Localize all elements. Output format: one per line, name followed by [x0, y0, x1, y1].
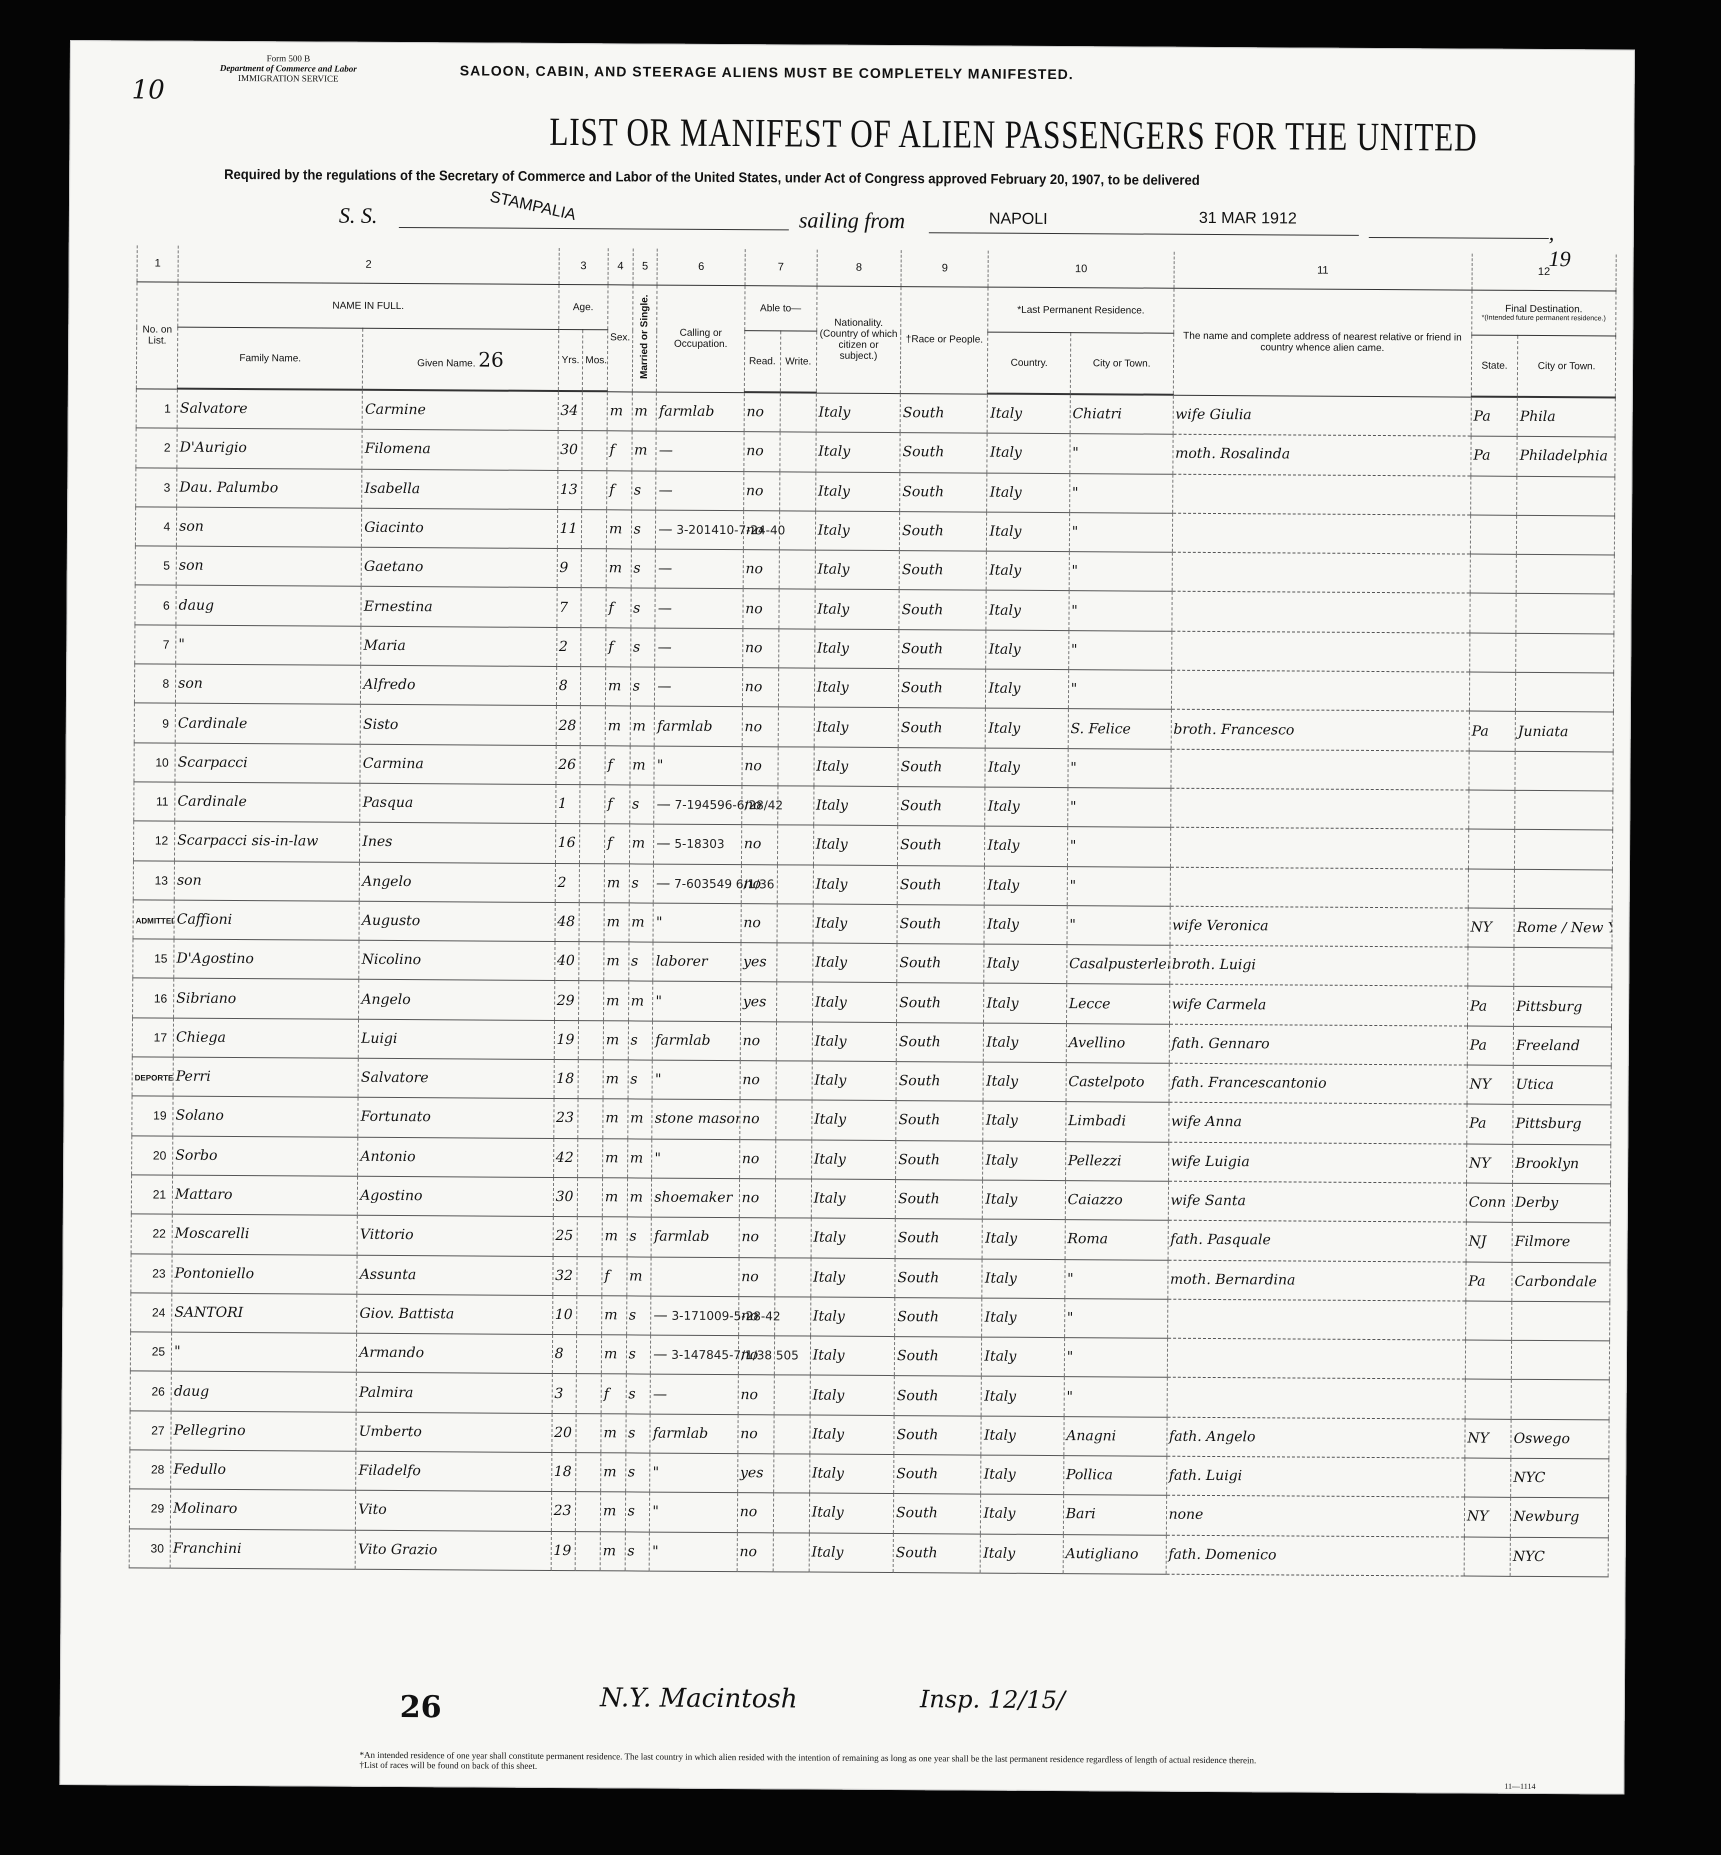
header-city-town: City or Town.	[1070, 333, 1173, 395]
given-name-value: Luigi	[361, 1031, 397, 1047]
marital-status-value: s	[629, 1229, 636, 1245]
row-number-value: 2	[164, 441, 171, 455]
marital-status: s	[628, 1021, 653, 1060]
residence-country: Italy	[986, 669, 1069, 709]
able-write	[775, 1179, 811, 1219]
occupation: "	[652, 1139, 740, 1179]
age-years: 8	[556, 667, 581, 706]
header-final-destination: Final Destination. *(Intended future per…	[1472, 290, 1616, 336]
row-number-value: 13	[155, 873, 168, 887]
residence-country: Italy	[985, 826, 1068, 866]
destination-state: NY	[1468, 908, 1515, 948]
destination-city-value: Phila	[1520, 409, 1556, 425]
marital-status: m	[629, 824, 654, 863]
residence-city-value: Bari	[1066, 1507, 1096, 1523]
marital-status: s	[626, 1335, 651, 1374]
age-years-value: 18	[554, 1464, 572, 1480]
nearest-relative-value: fath. Pasquale	[1170, 1232, 1271, 1249]
residence-country: Italy	[984, 1062, 1067, 1102]
given-name: Vittorio	[357, 1216, 553, 1256]
nationality: Italy	[814, 668, 899, 708]
age-years: 32	[552, 1256, 577, 1295]
age-months	[577, 1335, 602, 1374]
destination-state-value: NY	[1470, 920, 1492, 936]
nationality: Italy	[811, 1218, 896, 1258]
residence-city: Limbadi	[1066, 1102, 1169, 1142]
destination-city: Newburg	[1511, 1498, 1609, 1538]
row-number: 3	[136, 468, 177, 508]
residence-country-value: Italy	[988, 759, 1020, 775]
age-years-value: 23	[556, 1110, 574, 1126]
race-value: South	[900, 877, 942, 893]
given-name-value: Carmine	[365, 402, 426, 418]
destination-city-value: Pittsburg	[1516, 998, 1582, 1014]
age-years-value: 1	[558, 796, 567, 812]
race-value: South	[899, 955, 941, 971]
destination-city: Oswego	[1511, 1419, 1609, 1459]
occupation: shoemaker	[652, 1178, 740, 1218]
able-read-value: yes	[740, 1465, 763, 1481]
given-name-value: Sisto	[363, 716, 398, 732]
nationality-value: Italy	[813, 1309, 845, 1325]
age-years: 16	[555, 824, 580, 863]
given-name-value: Filadelfo	[358, 1463, 420, 1479]
marital-status: s	[631, 588, 656, 627]
row-number-value: 5	[163, 559, 170, 573]
destination-state	[1468, 829, 1515, 869]
residence-country-value: Italy	[987, 956, 1019, 972]
nationality-value: Italy	[812, 1505, 844, 1521]
occupation-value: farmlab	[655, 1032, 710, 1048]
nearest-relative	[1172, 474, 1471, 515]
destination-state-value: Pa	[1468, 1273, 1485, 1289]
residence-city-value: "	[1070, 760, 1077, 776]
age-years: 29	[554, 981, 579, 1020]
row-number: 30	[129, 1529, 170, 1569]
able-read: no	[739, 1257, 775, 1297]
row-number-value: 1	[164, 401, 171, 415]
able-read: no	[738, 1375, 774, 1415]
able-read-value: no	[742, 1072, 760, 1088]
occupation-value: stone mason	[655, 1111, 740, 1128]
residence-country-value: Italy	[986, 1152, 1018, 1168]
destination-city-value: NYC	[1513, 1470, 1545, 1486]
family-name: Chiega	[173, 1018, 358, 1058]
destination-city: NYC	[1510, 1537, 1608, 1577]
residence-city: Autigliano	[1063, 1534, 1166, 1574]
residence-city: "	[1065, 1259, 1168, 1299]
marital-status: s	[629, 785, 654, 824]
residence-country: Italy	[983, 1219, 1066, 1259]
given-name-value: Angelo	[362, 874, 411, 890]
nationality-value: Italy	[815, 994, 847, 1010]
marital-status-value: m	[632, 757, 645, 773]
col-num: 2	[178, 246, 559, 285]
sex: m	[602, 1217, 627, 1256]
family-name-value: Cardinale	[178, 715, 247, 731]
sex: m	[601, 1413, 626, 1452]
able-read: no	[739, 1139, 775, 1179]
age-months	[579, 942, 604, 981]
marital-status-value: s	[633, 600, 640, 616]
nearest-relative: broth. Luigi	[1169, 945, 1468, 986]
sheet-count-top: 26	[478, 348, 504, 372]
destination-state-value: Pa	[1473, 448, 1490, 464]
residence-country: Italy	[981, 1416, 1064, 1456]
given-name: Pasqua	[360, 783, 556, 823]
age-months	[577, 1295, 602, 1334]
age-months	[581, 549, 606, 588]
age-years-value: 13	[560, 482, 578, 498]
age-years: 25	[553, 1217, 578, 1256]
residence-city-value: "	[1072, 524, 1079, 540]
family-name-value: SANTORI	[174, 1305, 243, 1321]
marital-status-value: m	[632, 718, 645, 734]
nearest-relative-value: fath. Francescantonio	[1171, 1075, 1326, 1092]
header-read: Read.	[744, 331, 780, 393]
given-name: Vito	[356, 1491, 552, 1531]
destination-city	[1514, 947, 1612, 987]
family-name: son	[174, 861, 359, 901]
family-name: Cardinale	[175, 782, 360, 822]
sex: m	[601, 1453, 626, 1492]
residence-country-value: Italy	[985, 1231, 1017, 1247]
race-value: South	[899, 1073, 941, 1089]
age-years-value: 18	[556, 1071, 574, 1087]
residence-city-value: Avellino	[1069, 1035, 1126, 1051]
age-years-value: 34	[560, 403, 578, 419]
nationality-value: Italy	[811, 1544, 843, 1560]
manifest-table: 1 2 3 4 5 6 7 8 9 10 11 12 No. on List. …	[129, 245, 1617, 1577]
family-name: Sorbo	[173, 1136, 358, 1176]
page-mark: 10	[132, 75, 165, 105]
occupation-value: farmlab	[659, 403, 714, 419]
destination-state: Pa	[1471, 436, 1518, 476]
given-name: Antonio	[358, 1137, 554, 1177]
nationality: Italy	[810, 1375, 895, 1415]
age-years-value: 7	[559, 600, 568, 616]
sex-value: m	[609, 521, 622, 537]
occupation-value: —	[658, 561, 672, 577]
given-name-value: Salvatore	[361, 1070, 429, 1086]
header-state: State.	[1471, 335, 1518, 397]
occupation: —	[650, 1374, 738, 1414]
given-name: Sisto	[360, 705, 556, 745]
residence-city: "	[1064, 1298, 1167, 1338]
sex-value: m	[607, 914, 620, 930]
residence-city: Bari	[1063, 1495, 1166, 1535]
given-name: Isabella	[362, 469, 558, 509]
residence-city: "	[1068, 670, 1171, 710]
family-name: "	[171, 1332, 356, 1372]
sex: m	[604, 903, 629, 942]
nationality-value: Italy	[814, 1112, 846, 1128]
destination-state	[1470, 594, 1517, 634]
nationality: Italy	[811, 1258, 896, 1298]
family-name-value: Pontoniello	[175, 1265, 255, 1281]
sex: m	[606, 549, 631, 588]
nationality: Italy	[812, 983, 897, 1023]
race-value: South	[896, 1506, 938, 1522]
race: South	[895, 1297, 983, 1337]
race-value: South	[900, 916, 942, 932]
destination-state: NY	[1466, 1144, 1513, 1184]
row-number: 24	[131, 1293, 172, 1333]
destination-city: Pittsburg	[1514, 987, 1612, 1027]
sex: f	[605, 745, 630, 784]
age-years-value: 19	[553, 1543, 571, 1559]
occupation-value: farmlab	[653, 1425, 708, 1441]
destination-state	[1469, 790, 1516, 830]
nationality-value: Italy	[813, 1348, 845, 1364]
nearest-relative-value: fath. Domenico	[1168, 1546, 1276, 1563]
nationality-value: Italy	[812, 1466, 844, 1482]
destination-state: Pa	[1467, 1026, 1514, 1066]
occupation: farmlab	[651, 1217, 739, 1257]
nationality: Italy	[809, 1454, 894, 1494]
residence-country-value: Italy	[988, 838, 1020, 854]
occupation: "	[650, 1532, 738, 1572]
able-write	[777, 943, 813, 983]
occupation: stone mason	[652, 1099, 740, 1139]
marital-status: s	[631, 549, 656, 588]
nearest-relative	[1171, 749, 1470, 790]
year-rule	[1369, 237, 1549, 239]
marital-status-value: s	[627, 1543, 634, 1559]
marital-status: s	[626, 1374, 651, 1413]
marital-status: s	[625, 1453, 650, 1492]
residence-country: Italy	[982, 1337, 1065, 1377]
sex-value: f	[608, 757, 613, 773]
family-name: D'Agostino	[174, 939, 359, 979]
row-number-value: 4	[163, 520, 170, 534]
residence-city: "	[1069, 513, 1172, 553]
marital-status-value: s	[628, 1425, 635, 1441]
age-months	[582, 470, 607, 509]
ship-rule	[399, 227, 789, 230]
race: South	[895, 1258, 983, 1298]
sex: m	[601, 1335, 626, 1374]
given-name-label: Given Name.	[417, 358, 475, 369]
row-number: 1	[136, 388, 177, 428]
residence-city: Avellino	[1066, 1023, 1169, 1063]
destination-city	[1515, 751, 1613, 791]
able-read-value: no	[741, 1269, 759, 1285]
residence-city: "	[1067, 827, 1170, 867]
able-read-value: no	[745, 561, 763, 577]
sex: m	[603, 1060, 628, 1099]
residence-city-value: "	[1071, 563, 1078, 579]
residence-city-value: Lecce	[1069, 996, 1111, 1012]
residence-country-value: Italy	[983, 1506, 1015, 1522]
age-years-value: 19	[557, 1032, 575, 1048]
sex-value: m	[603, 1464, 616, 1480]
col-num: 3	[559, 248, 609, 285]
occupation-value: "	[654, 1150, 661, 1166]
header-nationality: Nationality. (Country of which citizen o…	[816, 286, 901, 393]
able-read: no	[744, 432, 780, 472]
given-name-value: Fortunato	[361, 1109, 431, 1125]
residence-city: "	[1069, 591, 1172, 631]
marital-status-value: m	[629, 1268, 642, 1284]
age-months	[579, 1020, 604, 1059]
marital-status: m	[632, 391, 657, 431]
race: South	[894, 1415, 982, 1455]
family-name: Franchini	[170, 1529, 355, 1569]
given-name-value: Angelo	[361, 991, 410, 1007]
occupation	[651, 1257, 739, 1297]
row-number: 17	[132, 1018, 173, 1058]
destination-state-value: NY	[1469, 1155, 1491, 1171]
family-name-value: Pellegrino	[174, 1423, 246, 1439]
nationality-value: Italy	[814, 1191, 846, 1207]
family-name: Scarpacci sis-in-law	[175, 821, 360, 861]
race: South	[897, 865, 985, 905]
race-value: South	[901, 720, 943, 736]
age-months	[580, 863, 605, 902]
occupation: "	[653, 903, 741, 943]
occupation-value: "	[655, 1072, 662, 1088]
age-years-value: 26	[558, 757, 576, 773]
able-write	[773, 1493, 809, 1533]
given-name: Agostino	[358, 1176, 554, 1216]
destination-state: Pa	[1467, 1104, 1514, 1144]
marital-status-value: s	[633, 639, 640, 655]
destination-city	[1514, 869, 1612, 909]
occupation: farmlab	[653, 1021, 741, 1061]
age-months	[578, 1099, 603, 1138]
occupation: —	[656, 471, 744, 511]
row-number: 9	[134, 703, 175, 743]
nationality-value: Italy	[818, 404, 850, 420]
sex: m	[602, 1296, 627, 1335]
row-number-value: 15	[154, 952, 167, 966]
able-write	[779, 550, 815, 590]
family-name-value: "	[178, 637, 185, 653]
age-years: 18	[554, 1060, 579, 1099]
sex: f	[604, 824, 629, 863]
able-read: no	[737, 1532, 773, 1572]
residence-country-value: Italy	[989, 602, 1021, 618]
race-value: South	[898, 1152, 940, 1168]
family-name: Pellegrino	[171, 1411, 356, 1451]
race: South	[896, 1140, 984, 1180]
destination-state	[1464, 1458, 1511, 1498]
destination-state-value: Pa	[1474, 409, 1491, 425]
sex-value: f	[607, 796, 612, 812]
row-number: 22	[131, 1214, 172, 1254]
nearest-relative: fath. Francescantonio	[1169, 1063, 1468, 1104]
residence-country-value: Italy	[985, 1270, 1017, 1286]
nearest-relative-value: none	[1169, 1507, 1204, 1523]
residence-city: Pellezzi	[1065, 1141, 1168, 1181]
marital-status-value: s	[628, 1504, 635, 1520]
able-write	[776, 982, 812, 1022]
family-name-value: Dau. Palumbo	[179, 479, 278, 496]
residence-country-value: Italy	[987, 877, 1019, 893]
marital-status: m	[627, 1099, 652, 1138]
given-name: Carmina	[360, 744, 556, 784]
residence-country: Italy	[983, 1180, 1066, 1220]
row-number: 8	[134, 664, 175, 704]
able-write	[777, 864, 813, 904]
able-read-value: no	[743, 915, 761, 931]
occupation-value: —	[658, 522, 672, 538]
able-read: no	[740, 1021, 776, 1061]
marital-status-value: s	[633, 679, 640, 695]
able-write	[773, 1532, 809, 1572]
able-write	[775, 1257, 811, 1297]
family-name: D'Aurigio	[177, 428, 362, 468]
age-months	[577, 1256, 602, 1295]
col-num: 7	[745, 249, 817, 286]
destination-state	[1464, 1537, 1511, 1577]
destination-state	[1465, 1340, 1512, 1380]
destination-state	[1468, 947, 1515, 987]
residence-city-value: Limbadi	[1068, 1114, 1126, 1130]
residence-country: Italy	[981, 1494, 1064, 1534]
row-number-value: 30	[151, 1541, 164, 1555]
race-value: South	[902, 562, 944, 578]
destination-city: NYC	[1511, 1458, 1609, 1498]
destination-state	[1465, 1379, 1512, 1419]
family-name-value: Moscarelli	[175, 1226, 250, 1242]
row-number: 26	[130, 1371, 171, 1411]
age-months	[580, 745, 605, 784]
residence-country: Italy	[988, 394, 1071, 434]
residence-city-value: "	[1067, 1271, 1074, 1287]
col-num: 5	[633, 248, 658, 285]
age-months	[578, 1178, 603, 1217]
nearest-relative: wife Giulia	[1173, 395, 1472, 437]
race-value: South	[899, 1034, 941, 1050]
marital-status-value: s	[634, 482, 641, 498]
residence-country-value: Italy	[984, 1388, 1016, 1404]
nationality: Italy	[811, 1140, 896, 1180]
marital-status-value: s	[633, 561, 640, 577]
destination-city: Utica	[1513, 1065, 1611, 1105]
sex: f	[607, 431, 632, 470]
occupation: "	[650, 1492, 738, 1532]
residence-country-value: Italy	[987, 917, 1019, 933]
header-yrs: Yrs.	[558, 329, 583, 391]
family-name: Mattaro	[172, 1175, 357, 1215]
nationality: Italy	[813, 786, 898, 826]
age-years-value: 23	[554, 1503, 572, 1519]
margin-stamp: ADMITTED	[136, 916, 175, 925]
nationality-value: Italy	[816, 837, 848, 853]
sex-value: m	[605, 1150, 618, 1166]
nationality: Italy	[814, 707, 899, 747]
nearest-relative: broth. Francesco	[1171, 710, 1470, 751]
sex: m	[605, 706, 630, 745]
age-months	[581, 627, 606, 666]
sailing-label: sailing from	[799, 207, 905, 234]
row-number-value: 21	[153, 1188, 166, 1202]
able-read-value: no	[745, 719, 763, 735]
header-country: Country.	[988, 332, 1071, 394]
destination-city-value: Filmore	[1515, 1234, 1570, 1250]
able-read-value: no	[741, 1347, 759, 1363]
race-value: South	[902, 484, 944, 500]
residence-country: Italy	[985, 787, 1068, 827]
able-read-value: no	[743, 1033, 761, 1049]
marital-status-value: m	[630, 1190, 643, 1206]
nearest-relative-value: wife Giulia	[1175, 407, 1251, 423]
race-value: South	[901, 759, 943, 775]
destination-city	[1515, 830, 1613, 870]
given-name-value: Alfredo	[363, 677, 415, 693]
